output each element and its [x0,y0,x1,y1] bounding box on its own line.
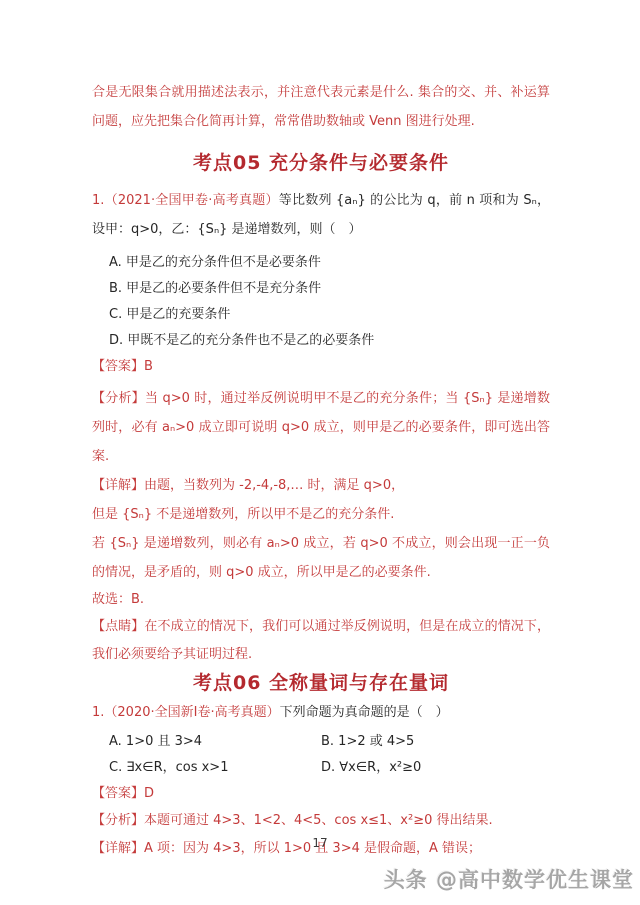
option-c: C. 甲是乙的充要条件 [109,302,550,328]
topic05-heading: 考点05 充分条件与必要条件 [92,148,550,178]
detail-line: 但是 {Sₙ} 不是递增数列，所以甲不是乙的充分条件. [92,500,550,529]
detail-line: 若 {Sₙ} 是递增数列，则必有 aₙ>0 成立，若 q>0 不成立，则会出现一… [92,529,550,587]
option-a: A. 甲是乙的充分条件但不是必要条件 [109,250,550,276]
intro-paragraph: 合是无限集合就用描述法表示，并注意代表元素是什么. 集合的交、并、补运算问题，应… [92,78,550,136]
topic06-question: 1.（2020·全国新Ⅰ卷·高考真题）下列命题为真命题的是（ ） [92,699,550,727]
topic05-options: A. 甲是乙的充分条件但不是必要条件 B. 甲是乙的必要条件但不是充分条件 C.… [92,250,550,354]
question-source: 1.（2021·全国甲卷·高考真题） [92,193,279,208]
tip-paragraph: 【点睛】在不成立的情况下，我们可以通过举反例说明，但是在成立的情况下，我们必须要… [92,613,550,669]
answer-line: 【答案】D [92,781,550,807]
analysis-paragraph: 【分析】当 q>0 时，通过举反例说明甲不是乙的充分条件；当 {Sₙ} 是递增数… [92,384,550,471]
answer-line: 【答案】B [92,354,550,380]
question-source: 1.（2020·全国新Ⅰ卷·高考真题） [92,705,280,720]
option-b: B. 甲是乙的必要条件但不是充分条件 [109,276,550,302]
document-page: 合是无限集合就用描述法表示，并注意代表元素是什么. 集合的交、并、补运算问题，应… [0,0,640,905]
topic06-heading: 考点06 全称量词与存在量词 [92,669,550,697]
analysis-paragraph: 【分析】本题可通过 4>3、1<2、4<5、cos x≤1、x²≥0 得出结果. [92,807,550,835]
question-stem: 下列命题为真命题的是（ ） [280,705,449,720]
detail-line: 【详解】由题，当数列为 -2,-4,-8,… 时，满足 q>0， [92,471,550,500]
option-d: D. ∀x∈R，x²≥0 [321,755,550,781]
watermark: 头条 @高中数学优生课堂 [384,864,634,894]
conclusion-line: 故选：B. [92,587,550,613]
page-number: 17 [0,836,640,850]
topic06-options: A. 1>0 且 3>4 B. 1>2 或 4>5 C. ∃x∈R，cos x>… [92,729,550,781]
option-a: A. 1>0 且 3>4 [109,729,321,755]
option-d: D. 甲既不是乙的充分条件也不是乙的必要条件 [109,328,550,354]
option-b: B. 1>2 或 4>5 [321,729,550,755]
document-content: 合是无限集合就用描述法表示，并注意代表元素是什么. 集合的交、并、补运算问题，应… [92,78,550,863]
topic05-question: 1.（2021·全国甲卷·高考真题）等比数列 {aₙ} 的公比为 q，前 n 项… [92,186,550,244]
option-c: C. ∃x∈R，cos x>1 [109,755,321,781]
